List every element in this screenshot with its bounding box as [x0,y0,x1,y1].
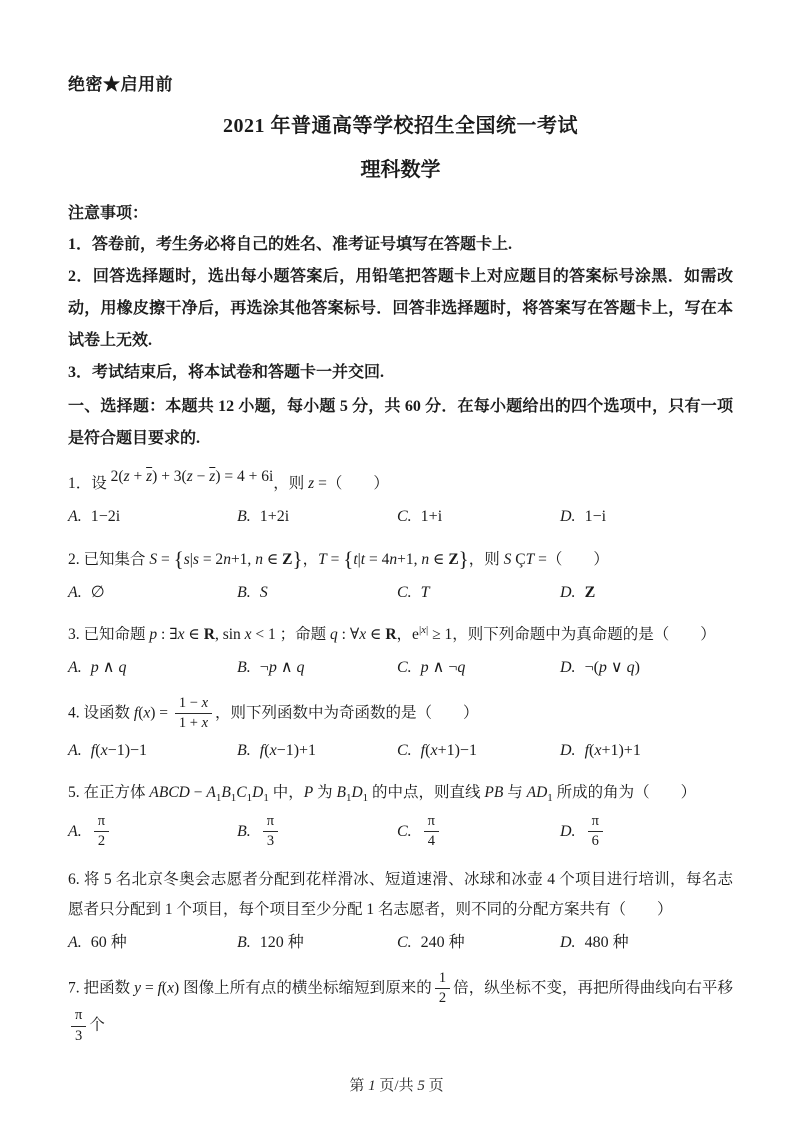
exam-title: 2021 年普通高等学校招生全国统一考试 [68,109,733,138]
option-value: f(x−1)+1 [260,738,316,764]
question-4-option-b: B.f(x−1)+1 [237,738,397,764]
option-value: 480 种 [585,930,629,956]
option-value: p ∧ ¬q [421,655,466,681]
option-letter: D. [560,580,576,606]
option-letter: C. [397,504,412,530]
option-value: T [421,580,430,606]
notices-heading: 注意事项： [68,199,733,229]
question-1-option-d: D.1−i [560,504,733,530]
question-6-option-d: D.480 种 [560,930,733,956]
question-1-option-a: A.1−2i [68,504,237,530]
question-5-option-a: A.π2 [68,813,237,851]
option-value: 1−i [585,504,606,530]
notice-2: 2．回答选择题时，选出每小题答案后，用铅笔把答题卡上对应题目的答案标号涂黑．如需… [68,261,733,357]
question-7-stem: 7. 把函数 y = f(x) 图像上所有点的横坐标缩短到原来的12倍，纵坐标不… [68,970,733,1046]
question-2: 2. 已知集合 S = {s|s = 2n+1, n ∈ Z}，T = {t|t… [68,544,733,606]
option-value: ∅ [91,580,105,606]
option-letter: B. [237,504,251,530]
question-4-stem: 4. 设函数 f(x) = 1 − x1 + x，则下列函数中为奇函数的是（ ） [68,695,733,733]
question-5-stem: 5. 在正方体 ABCD − A1B1C1D1 中，P 为 B1D1 的中点，则… [68,778,733,808]
question-3-option-d: D.¬(p ∨ q) [560,655,733,681]
option-value: f(x+1)+1 [585,738,641,764]
option-letter: C. [397,580,412,606]
question-3-option-b: B.¬p ∧ q [237,655,397,681]
section-1-header: 一、选择题：本题共 12 小题，每小题 5 分，共 60 分．在每小题给出的四个… [68,391,733,455]
option-letter: D. [560,655,576,681]
option-value: f(x+1)−1 [421,738,477,764]
question-2-option-b: B.S [237,580,397,606]
option-letter: D. [560,819,576,845]
option-value: f(x−1)−1 [91,738,147,764]
exam-content: 绝密★启用前 2021 年普通高等学校招生全国统一考试 理科数学 注意事项： 1… [68,70,733,1045]
exam-page: 绝密★启用前 2021 年普通高等学校招生全国统一考试 理科数学 注意事项： 1… [0,0,793,1122]
question-1: 1．设 2(z + z) + 3(z − z) = 4 + 6i，则 z =（ … [68,469,733,530]
option-value: π6 [585,813,606,851]
notice-1: 1．答卷前，考生务必将自己的姓名、准考证号填写在答题卡上. [68,229,733,261]
option-value: 120 种 [260,930,304,956]
question-3-option-c: C.p ∧ ¬q [397,655,560,681]
option-letter: D. [560,930,576,956]
question-1-option-c: C.1+i [397,504,560,530]
option-value: ¬(p ∨ q) [585,655,640,681]
classification-label: 绝密★启用前 [68,70,733,95]
question-2-options: A.∅ B.S C.T D.Z [68,580,733,606]
page-footer: 第 1 页/共 5 页 [0,1074,793,1095]
question-5-option-d: D.π6 [560,813,733,851]
option-letter: D. [560,504,576,530]
option-letter: D. [560,738,576,764]
option-value: 1+i [421,504,442,530]
option-value: π2 [91,813,112,851]
question-6-options: A.60 种 B.120 种 C.240 种 D.480 种 [68,930,733,956]
option-value: π4 [421,813,442,851]
exam-subject: 理科数学 [68,153,733,182]
option-letter: B. [237,930,251,956]
question-5-option-c: C.π4 [397,813,560,851]
question-5-options: A.π2 B.π3 C.π4 D.π6 [68,813,733,851]
option-letter: C. [397,655,412,681]
question-4-option-c: C.f(x+1)−1 [397,738,560,764]
question-4-options: A.f(x−1)−1 B.f(x−1)+1 C.f(x+1)−1 D.f(x+1… [68,738,733,764]
question-6-option-b: B.120 种 [237,930,397,956]
option-value: p ∧ q [91,655,127,681]
option-letter: A. [68,580,82,606]
option-value: 240 种 [421,930,465,956]
option-value: 60 种 [91,930,127,956]
question-6-stem: 6. 将 5 名北京冬奥会志愿者分配到花样滑冰、短道速滑、冰球和冰壶 4 个项目… [68,865,733,925]
question-5-option-b: B.π3 [237,813,397,851]
option-value: Z [585,580,596,606]
question-4-option-a: A.f(x−1)−1 [68,738,237,764]
question-2-option-c: C.T [397,580,560,606]
option-letter: C. [397,930,412,956]
question-2-option-a: A.∅ [68,580,237,606]
option-value: π3 [260,813,281,851]
question-4-option-d: D.f(x+1)+1 [560,738,733,764]
question-2-option-d: D.Z [560,580,733,606]
option-letter: B. [237,580,251,606]
question-5: 5. 在正方体 ABCD − A1B1C1D1 中，P 为 B1D1 的中点，则… [68,778,733,851]
question-6-option-a: A.60 种 [68,930,237,956]
option-letter: A. [68,655,82,681]
option-letter: B. [237,655,251,681]
question-7: 7. 把函数 y = f(x) 图像上所有点的横坐标缩短到原来的12倍，纵坐标不… [68,970,733,1046]
question-6-option-c: C.240 种 [397,930,560,956]
question-1-option-b: B.1+2i [237,504,397,530]
option-letter: B. [237,738,251,764]
question-1-options: A.1−2i B.1+2i C.1+i D.1−i [68,504,733,530]
option-letter: C. [397,738,412,764]
question-6: 6. 将 5 名北京冬奥会志愿者分配到花样滑冰、短道速滑、冰球和冰壶 4 个项目… [68,865,733,956]
option-letter: C. [397,819,412,845]
question-3-option-a: A.p ∧ q [68,655,237,681]
question-2-stem: 2. 已知集合 S = {s|s = 2n+1, n ∈ Z}，T = {t|t… [68,544,733,575]
option-value: S [260,580,268,606]
question-3-options: A.p ∧ q B.¬p ∧ q C.p ∧ ¬q D.¬(p ∨ q) [68,655,733,681]
option-letter: A. [68,819,82,845]
question-3-stem: 3. 已知命题 p : ∃x ∈ R, sin x < 1 ；命题 q : ∀x… [68,620,733,650]
option-value: 1+2i [260,504,289,530]
question-3: 3. 已知命题 p : ∃x ∈ R, sin x < 1 ；命题 q : ∀x… [68,620,733,681]
question-1-stem: 1．设 2(z + z) + 3(z − z) = 4 + 6i，则 z =（ … [68,469,733,499]
option-letter: B. [237,819,251,845]
question-4: 4. 设函数 f(x) = 1 − x1 + x，则下列函数中为奇函数的是（ ）… [68,695,733,764]
option-letter: A. [68,930,82,956]
option-letter: A. [68,504,82,530]
option-value: 1−2i [91,504,120,530]
option-value: ¬p ∧ q [260,655,305,681]
option-letter: A. [68,738,82,764]
notice-3: 3．考试结束后，将本试卷和答题卡一并交回. [68,357,733,389]
